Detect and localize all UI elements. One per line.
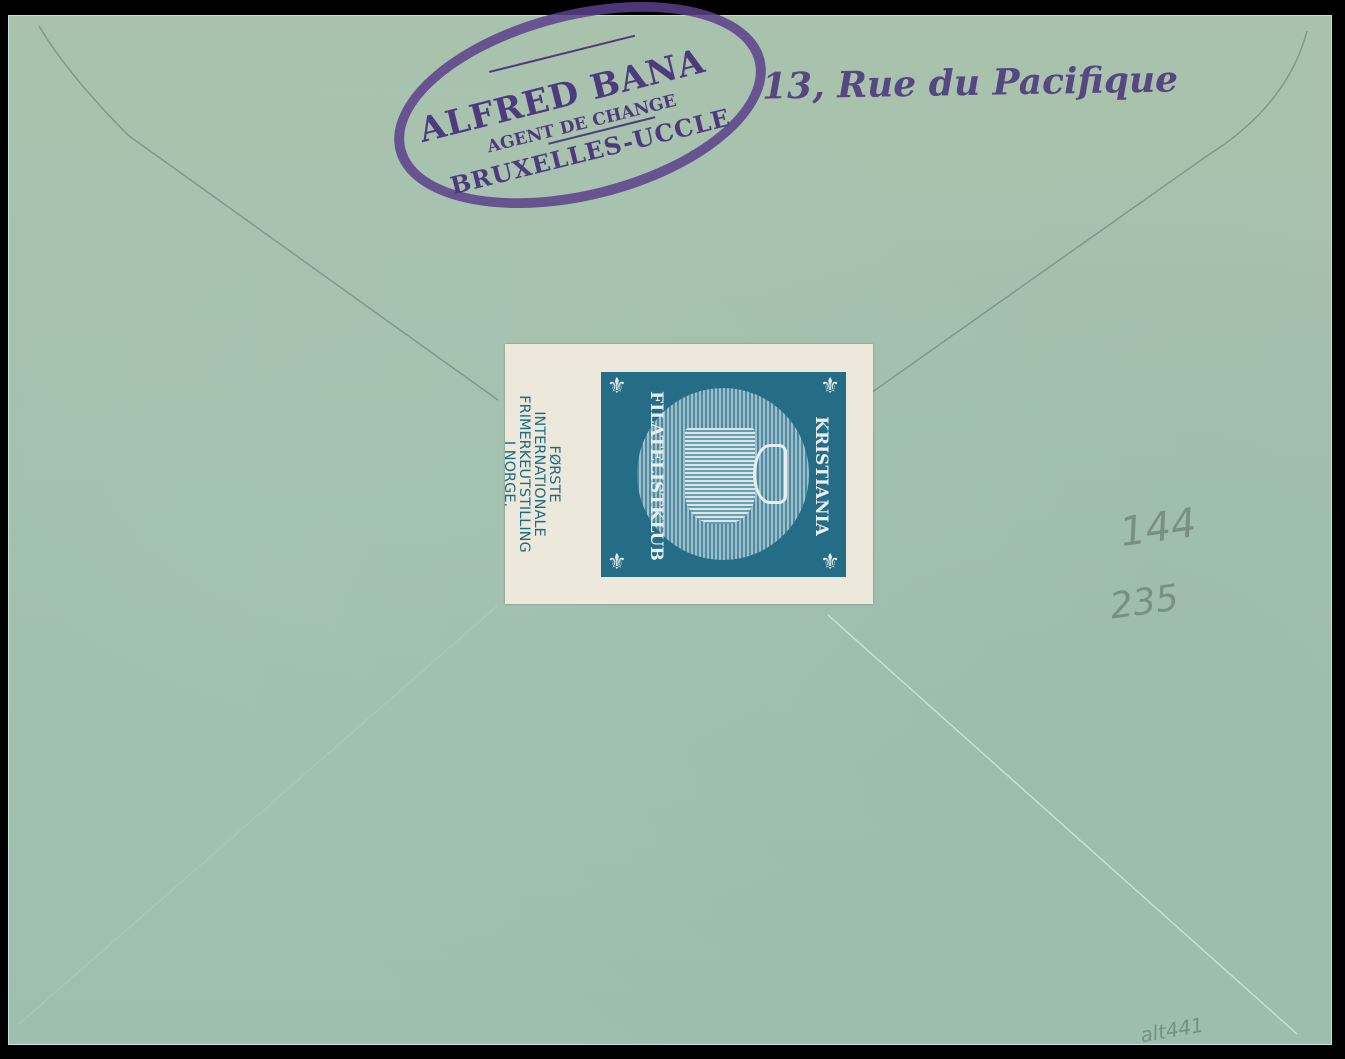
ring-text-left: FILATELISTKLUB xyxy=(646,391,666,561)
fleur-corner-icon: ⚜ xyxy=(820,374,840,399)
fleur-corner-icon: ⚜ xyxy=(820,550,840,575)
label-line-2: INTERNATIONALE xyxy=(531,354,546,594)
label-line-4: I NORGE. xyxy=(501,354,516,594)
crown-icon xyxy=(753,444,787,504)
fleur-corner-icon: ⚜ xyxy=(607,550,627,575)
exhibition-label: FØRSTE INTERNATIONALE FRIMERKEUTSTILLING… xyxy=(505,344,873,604)
label-line-3: FRIMERKEUTSTILLING xyxy=(516,354,531,594)
ring-text-right: KRISTIANIA xyxy=(811,416,831,536)
label-line-1: FØRSTE xyxy=(546,354,561,594)
fleur-corner-icon: ⚜ xyxy=(607,374,627,399)
address-handstamp: 13, Rue du Pacifique xyxy=(762,58,1179,107)
label-vignette: FILATELISTKLUB KRISTIANIA ⚜ ⚜ ⚜ ⚜ xyxy=(601,372,846,577)
lion-shield-icon xyxy=(685,428,755,524)
label-side-text: FØRSTE INTERNATIONALE FRIMERKEUTSTILLING… xyxy=(501,354,561,594)
